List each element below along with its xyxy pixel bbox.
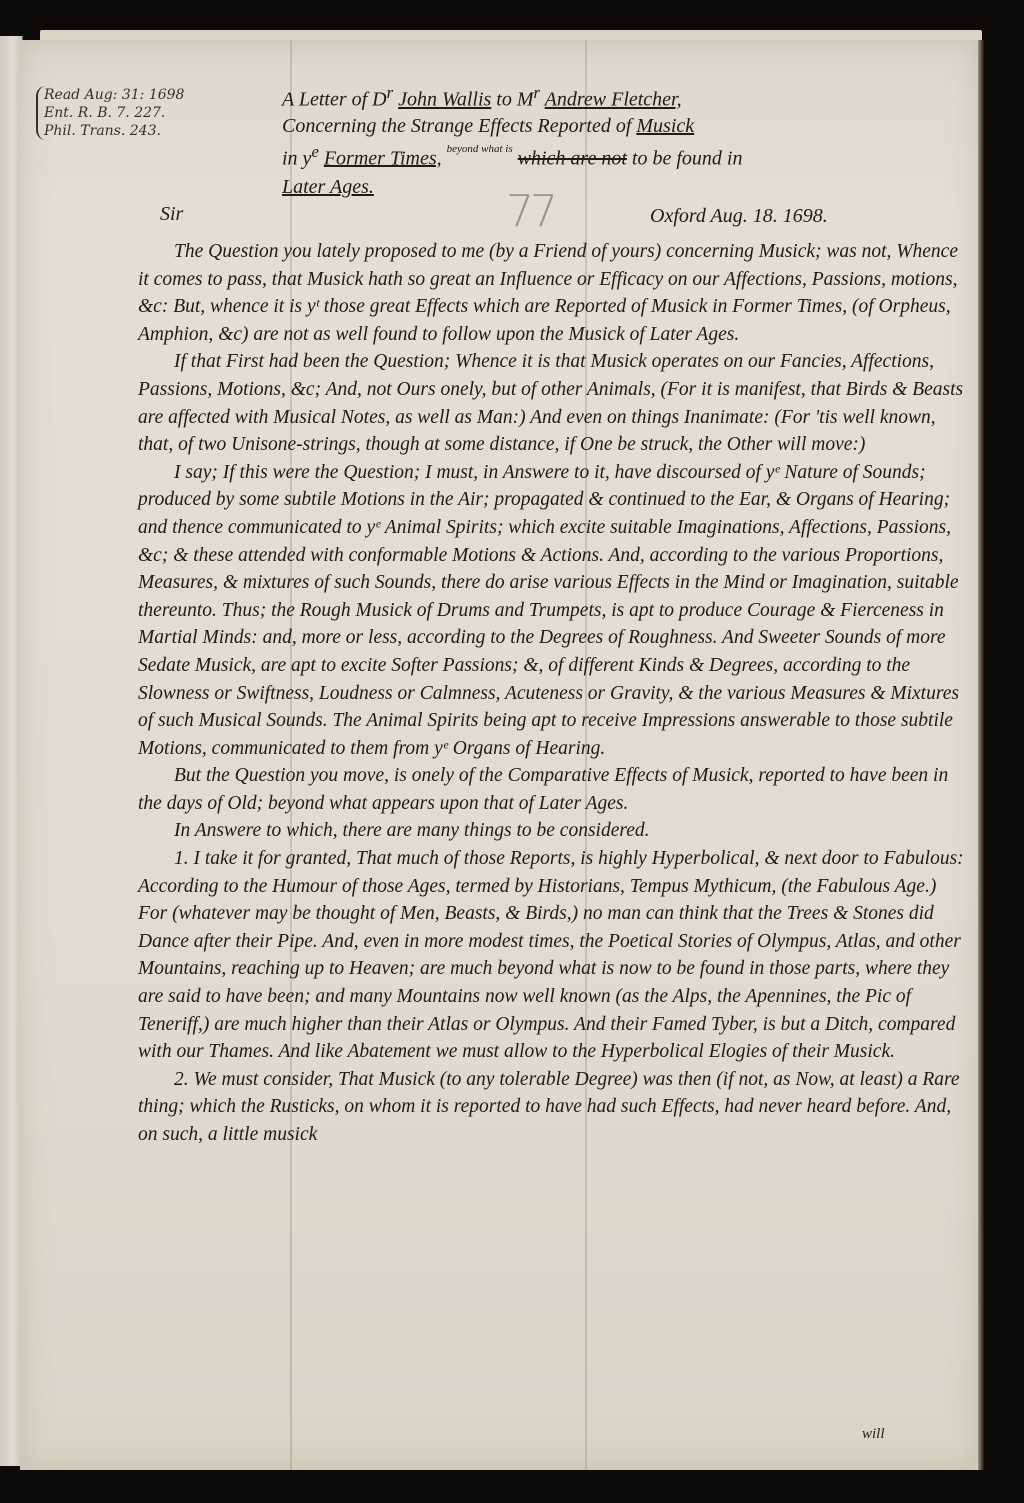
title-text: A Letter of D [282,89,387,111]
paragraph: The Question you lately proposed to me (… [138,238,968,348]
margin-note: Read Aug: 31: 1698 Ent. R. B. 7. 227. Ph… [36,86,184,140]
folio-number: 77 [506,186,554,237]
title-struck-text: which are not [518,147,627,169]
title-musick: Musick [636,115,694,137]
title-sup: r [534,83,540,102]
title-text: to M [496,89,533,111]
title-sup: e [311,142,318,161]
title-text: Concerning the Strange Effects Reported … [282,115,631,137]
letter-title: A Letter of Dr John Wallis to Mr Andrew … [282,80,942,200]
title-text: in y [282,147,311,169]
title-insertion: beyond what is [447,143,513,155]
catchword: will [862,1426,885,1443]
recipient-name: Andrew Fletcher, [545,89,682,111]
dateline: Oxford Aug. 18. 1698. [650,205,828,228]
author-name: John Wallis [398,89,491,111]
paragraph: In Answere to which, there are many thin… [138,817,968,845]
salutation: Sir [160,203,183,226]
paragraph: 1. I take it for granted, That much of t… [138,845,968,1066]
title-former-times: Former Times, [324,147,442,169]
margin-note-read: Read Aug: 31: 1698 [44,86,184,104]
margin-note-phil-trans: Phil. Trans. 243. [44,122,184,140]
letter-body: The Question you lately proposed to me (… [138,238,968,1149]
paragraph: I say; If this were the Question; I must… [138,459,968,763]
paragraph: But the Question you move, is onely of t… [138,762,968,817]
title-text: to be found in [632,147,743,169]
paragraph: 2. We must consider, That Musick (to any… [138,1066,968,1149]
paragraph: If that First had been the Question; Whe… [138,348,968,458]
margin-note-register: Ent. R. B. 7. 227. [44,104,184,122]
title-later-ages: Later Ages. [282,176,374,198]
title-sup: r [387,83,393,102]
page-edge-shadow [978,40,984,1470]
